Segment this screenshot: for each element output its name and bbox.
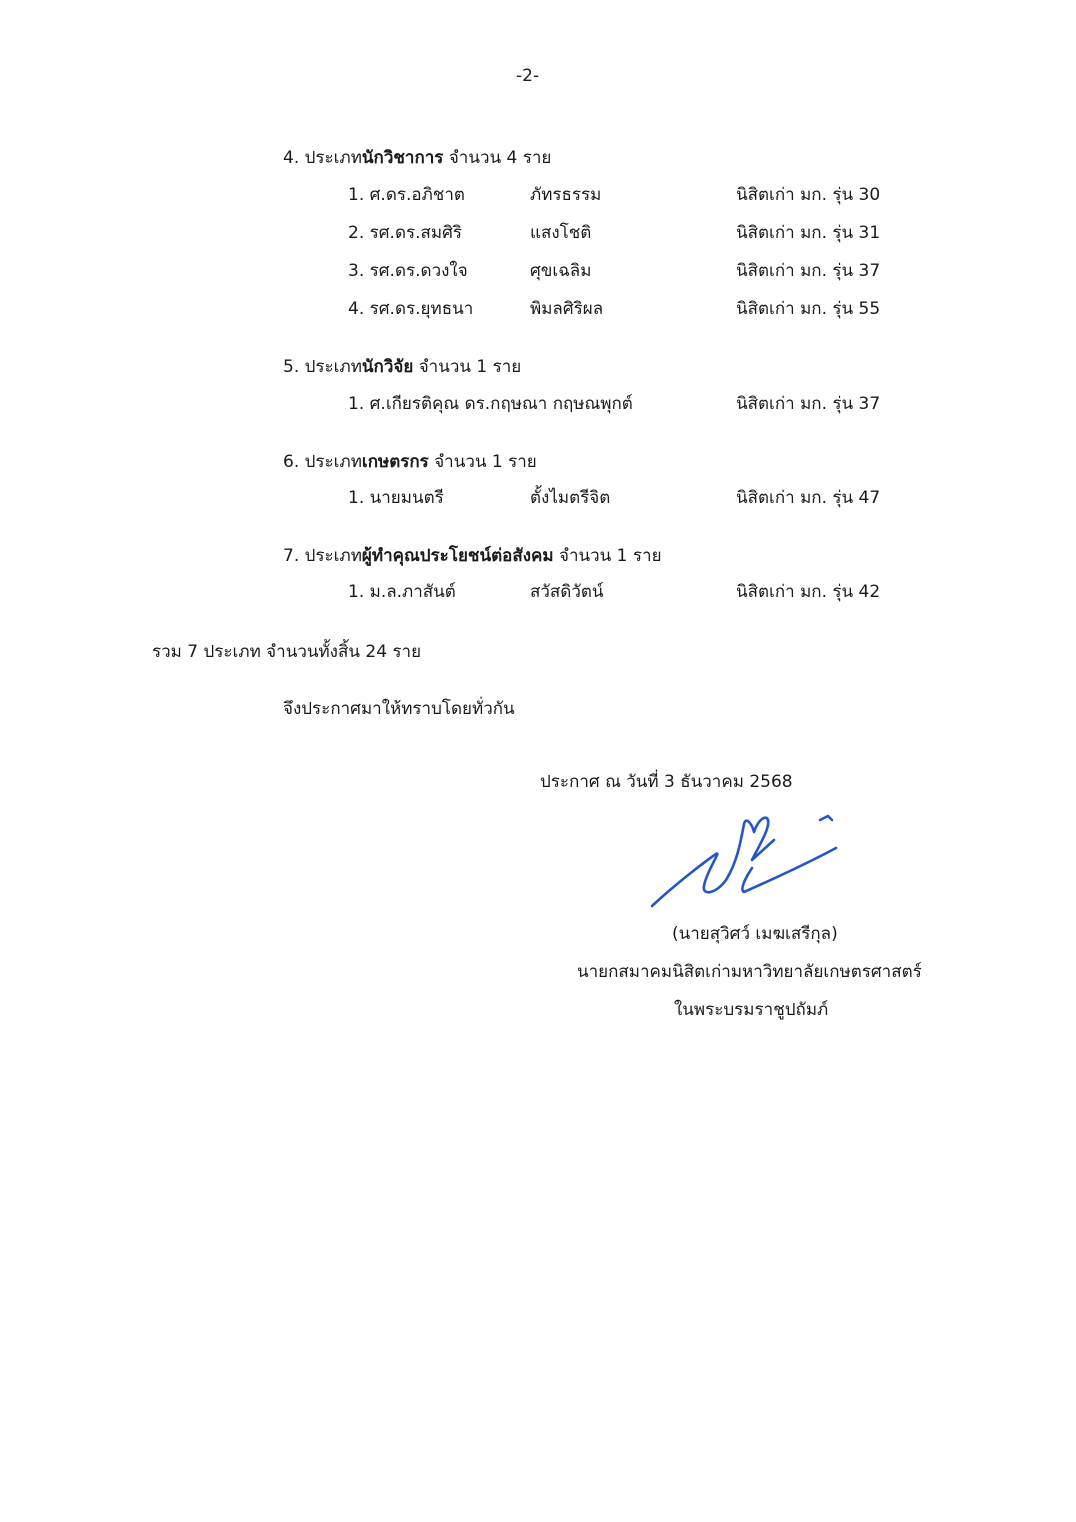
- signatory-name: (นายสุวิศว์ เมฆเสรีกุล): [672, 922, 838, 946]
- member-last: สวัสดิวัตน์: [530, 580, 604, 604]
- member-first: 2. รศ.ดร.สมศิริ: [348, 221, 462, 245]
- member-note: นิสิตเก่า มก. รุ่น 42: [736, 580, 880, 604]
- member-first: 4. รศ.ดร.ยุทธนา: [348, 297, 473, 321]
- member-last: ศุขเฉลิม: [530, 259, 591, 283]
- heading-suffix: จำนวน 1 ราย: [429, 452, 537, 472]
- section-heading-farmer: 6. ประเภทเกษตรกร จำนวน 1 ราย: [283, 450, 537, 474]
- member-note: นิสิตเก่า มก. รุ่น 37: [736, 259, 880, 283]
- signatory-title-2: ในพระบรมราชูปถัมภ์: [674, 998, 828, 1022]
- member-note: นิสิตเก่า มก. รุ่น 37: [736, 392, 880, 416]
- member-note: นิสิตเก่า มก. รุ่น 31: [736, 221, 880, 245]
- signatory-title: นายกสมาคมนิสิตเก่ามหาวิทยาลัยเกษตรศาสตร์: [577, 960, 922, 984]
- signature: [640, 810, 850, 910]
- heading-suffix: จำนวน 1 ราย: [413, 357, 521, 377]
- member-note: นิสิตเก่า มก. รุ่น 30: [736, 183, 880, 207]
- member-first: 1. ศ.ดร.อภิชาต: [348, 183, 465, 207]
- section-heading-researcher: 5. ประเภทนักวิจัย จำนวน 1 ราย: [283, 355, 521, 379]
- summary-total: รวม 7 ประเภท จำนวนทั้งสิ้น 24 ราย: [152, 640, 421, 664]
- heading-bold: นักวิจัย: [362, 357, 413, 377]
- member-last: แสงโชติ: [530, 221, 591, 245]
- heading-prefix: 6. ประเภท: [283, 452, 362, 472]
- heading-bold: นักวิชาการ: [362, 148, 444, 168]
- heading-prefix: 4. ประเภท: [283, 148, 362, 168]
- member-last: ภัทรธรรม: [530, 183, 601, 207]
- member-first: 3. รศ.ดร.ดวงใจ: [348, 259, 468, 283]
- member-last: ตั้งไมตรีจิต: [530, 486, 610, 510]
- heading-bold: เกษตรกร: [362, 452, 429, 472]
- section-heading-academic: 4. ประเภทนักวิชาการ จำนวน 4 ราย: [283, 146, 551, 170]
- member-note: นิสิตเก่า มก. รุ่น 55: [736, 297, 880, 321]
- section-heading-social: 7. ประเภทผู้ทำคุณประโยชน์ต่อสังคม จำนวน …: [283, 544, 662, 568]
- heading-suffix: จำนวน 1 ราย: [554, 546, 662, 566]
- heading-prefix: 7. ประเภท: [283, 546, 362, 566]
- page-number: -2-: [516, 66, 539, 86]
- announcement-date: ประกาศ ณ วันที่ 3 ธันวาคม 2568: [540, 770, 793, 794]
- heading-bold: ผู้ทำคุณประโยชน์ต่อสังคม: [362, 546, 554, 566]
- heading-prefix: 5. ประเภท: [283, 357, 362, 377]
- closing-statement: จึงประกาศมาให้ทราบโดยทั่วกัน: [283, 697, 515, 721]
- member-first: 1. ศ.เกียรติคุณ ดร.กฤษณา กฤษณพุกต์: [348, 392, 633, 416]
- member-note: นิสิตเก่า มก. รุ่น 47: [736, 486, 880, 510]
- member-last: พิมลศิริผล: [530, 297, 603, 321]
- member-first: 1. ม.ล.ภาสันต์: [348, 580, 456, 604]
- heading-suffix: จำนวน 4 ราย: [443, 148, 551, 168]
- member-first: 1. นายมนตรี: [348, 486, 444, 510]
